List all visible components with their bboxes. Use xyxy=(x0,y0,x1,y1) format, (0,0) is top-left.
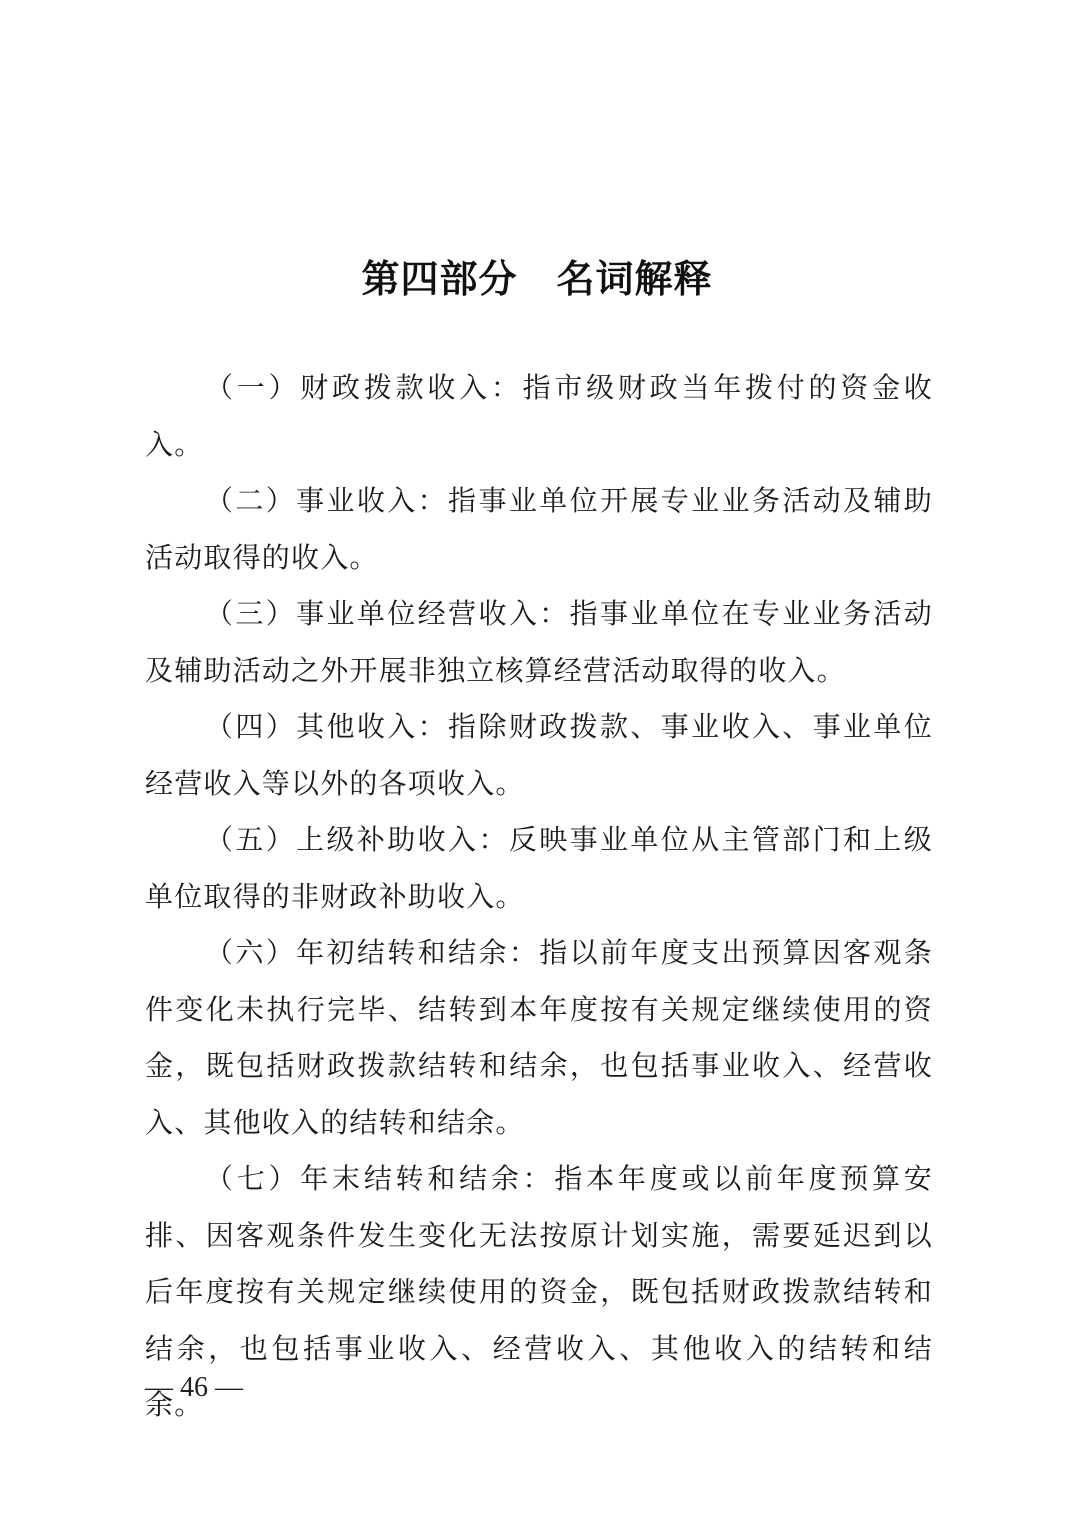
glossary-item-superior-subsidy-income: （五）上级补助收入：反映事业单位从主管部门和上级单位取得的非财政补助收入。 xyxy=(145,812,933,925)
page-number: — 46 — xyxy=(145,1372,243,1404)
glossary-item-beginning-carryover: （六）年初结转和结余：指以前年度支出预算因客观条件变化未执行完毕、结转到本年度按… xyxy=(145,925,933,1151)
document-page: 第四部分 名词解释 （一）财政拨款收入：指市级财政当年拨付的资金收入。 （二）事… xyxy=(0,0,1074,1520)
section-title: 第四部分 名词解释 xyxy=(0,248,1074,303)
glossary-item-other-income: （四）其他收入：指除财政拨款、事业收入、事业单位经营收入等以外的各项收入。 xyxy=(145,699,933,812)
glossary-item-ending-carryover: （七）年末结转和结余：指本年度或以前年度预算安排、因客观条件发生变化无法按原计划… xyxy=(145,1151,933,1434)
glossary-body: （一）财政拨款收入：指市级财政当年拨付的资金收入。 （二）事业收入：指事业单位开… xyxy=(145,360,933,1434)
glossary-item-operating-income: （三）事业单位经营收入：指事业单位在专业业务活动及辅助活动之外开展非独立核算经营… xyxy=(145,586,933,699)
glossary-item-business-income: （二）事业收入：指事业单位开展专业业务活动及辅助活动取得的收入。 xyxy=(145,473,933,586)
glossary-item-fiscal-appropriation-income: （一）财政拨款收入：指市级财政当年拨付的资金收入。 xyxy=(145,360,933,473)
